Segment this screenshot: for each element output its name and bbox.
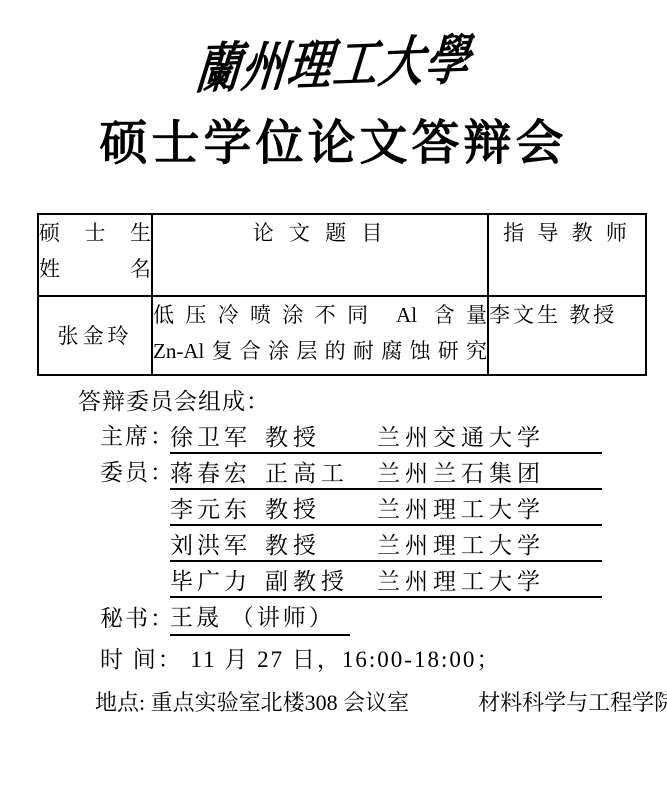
- member-title: 副教授: [265, 567, 377, 596]
- member-name: 徐卫军: [170, 423, 265, 452]
- committee-entry-underline: 蒋春宏 正高工 兰州兰石集团: [170, 457, 602, 490]
- committee-entry-underline: 刘洪军 教授 兰州理工大学: [170, 529, 602, 562]
- header-student-line1: 硕 士 生: [39, 215, 151, 251]
- committee-entry-underline: 李元东 教授 兰州理工大学: [170, 493, 602, 526]
- committee-role-label: 委员：: [100, 457, 175, 488]
- page-title: 硕士学位论文答辩会: [0, 104, 667, 173]
- secretary-name-underline: 王晟 （讲师）: [170, 603, 350, 636]
- time-row: 时 间： 11 月 27 日，16:00-18:00；: [100, 641, 501, 674]
- thesis-title-line1: 低压冷喷涂不同 Al 含量: [153, 297, 487, 333]
- thesis-title-line2: Zn-Al复合涂层的耐腐蚀研究: [153, 333, 487, 369]
- university-logo-calligraphy: 蘭州理工大學: [192, 17, 475, 104]
- committee-role-label: 主席：: [100, 421, 175, 452]
- committee-row-member: 刘洪军 教授 兰州理工大学: [0, 529, 667, 560]
- member-organization: 兰州理工大学: [377, 495, 545, 524]
- member-title: 教授: [265, 495, 377, 524]
- secretary-label: 秘书：: [100, 603, 175, 634]
- member-organization: 兰州交通大学: [377, 423, 545, 452]
- member-organization: 兰州理工大学: [377, 531, 545, 560]
- member-name: 蒋春宏: [170, 459, 265, 488]
- location-value: 重点实验室北楼308 会议室: [151, 690, 410, 715]
- header-student-name: 硕 士 生 姓 名: [38, 214, 152, 296]
- header-student-line2: 姓 名: [39, 251, 151, 287]
- committee-entry-underline: 毕广力 副教授 兰州理工大学: [170, 565, 602, 598]
- committee-row-chair: 主席： 徐卫军 教授 兰州交通大学: [0, 421, 667, 452]
- member-organization: 兰州理工大学: [377, 567, 545, 596]
- time-value: 11 月 27 日，16:00-18:00；: [191, 647, 502, 672]
- advisor-name: 李文生 教授: [488, 296, 646, 375]
- member-title: 教授: [265, 423, 377, 452]
- member-organization: 兰州兰石集团: [377, 459, 545, 488]
- defense-announcement-document: 蘭州理工大學 硕士学位论文答辩会 硕 士 生 姓 名 论 文 题 目 指 导 教…: [0, 0, 667, 791]
- location-row: 地点: 重点实验室北楼308 会议室 材料科学与工程学院: [95, 686, 667, 717]
- thesis-title-cell: 低压冷喷涂不同 Al 含量 Zn-Al复合涂层的耐腐蚀研究: [152, 296, 488, 375]
- header-thesis-title: 论 文 题 目: [152, 214, 488, 296]
- member-name: 李元东: [170, 495, 265, 524]
- location-label: 地点:: [95, 690, 145, 715]
- committee-row-member: 委员： 蒋春宏 正高工 兰州兰石集团: [0, 457, 667, 488]
- table-header-row: 硕 士 生 姓 名 论 文 题 目 指 导 教 师: [38, 214, 646, 296]
- member-name: 毕广力: [170, 567, 265, 596]
- member-name: 刘洪军: [170, 531, 265, 560]
- header-advisor: 指 导 教 师: [488, 214, 646, 296]
- table-data-row: 张金玲 低压冷喷涂不同 Al 含量 Zn-Al复合涂层的耐腐蚀研究 李文生 教授: [38, 296, 646, 375]
- defense-info-table: 硕 士 生 姓 名 论 文 题 目 指 导 教 师 张金玲 低压冷喷涂不同 Al…: [37, 213, 647, 376]
- committee-entry-underline: 徐卫军 教授 兰州交通大学: [170, 421, 602, 454]
- student-name: 张金玲: [38, 296, 152, 375]
- secretary-row: 秘书： 王晟 （讲师）: [0, 603, 667, 634]
- committee-row-member: 李元东 教授 兰州理工大学: [0, 493, 667, 524]
- member-title: 正高工: [265, 459, 377, 488]
- committee-heading: 答辩委员会组成：: [78, 383, 270, 416]
- committee-row-member: 毕广力 副教授 兰州理工大学: [0, 565, 667, 596]
- time-label: 时 间：: [100, 647, 183, 672]
- member-title: 教授: [265, 531, 377, 560]
- department-name: 材料科学与工程学院: [478, 690, 667, 715]
